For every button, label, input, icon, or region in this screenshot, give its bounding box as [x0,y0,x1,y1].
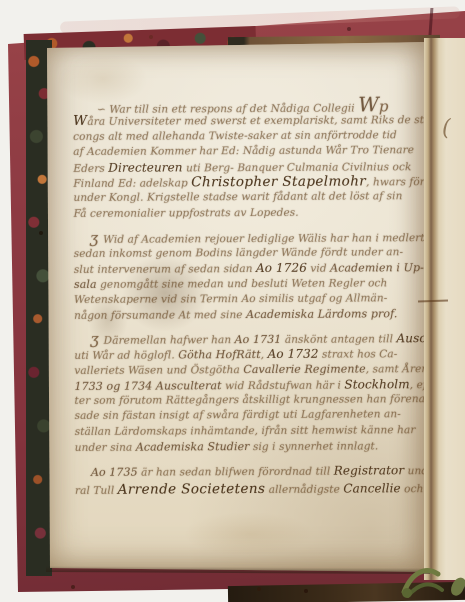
manuscript-word-segment: sig i synnerhet innlagt. [249,441,378,454]
manuscript-word-segment: Stockholm [344,377,409,391]
manuscript-line: någon försumande At med sine Academiska … [74,306,428,323]
manuscript-word-segment: ral Tull [75,485,118,497]
manuscript-word-segment: ʒ [90,330,104,348]
foxing-stain [184,512,314,556]
photo-background: ∽ War till sin ett respons af det Nådiga… [0,0,465,602]
manuscript-word-segment: W [73,113,87,129]
manuscript-line: congs alt med allehanda Twiste-saker at … [73,128,427,145]
manuscript-word-segment: någon försumande At med sine [74,309,246,322]
manuscript-word-segment: och [401,483,427,495]
manuscript-line: under Kongl. Krigstelle stadse warit fåd… [73,189,427,206]
manuscript-word-segment: Academien i Up- [330,261,424,274]
manuscript-line: uti Wår ad höglofl. Götha HofRätt, Ao 17… [74,346,428,363]
manuscript-line: 1733 og 1734 Ausculterat wid Rådstufwan … [74,377,428,394]
manuscript-word-segment: uti Berg- Banquer Culmania Civilnius ock [183,161,412,174]
manuscript-word-segment: åra Universiteter med swerst et exemplar… [87,114,451,128]
manuscript-word-segment: Directeuren [108,160,182,174]
manuscript-word-segment: ställan Lärdomskaps inhämtande, ifrån si… [75,424,416,438]
manuscript-word-segment: slut intervenerum af sedan sidan [74,263,256,276]
manuscript-word-segment: Cancellie [343,481,400,495]
manuscript-word-segment: af Academien Kommer har Ed: Nådig astund… [73,144,414,158]
manuscript-paragraph: ʒ Wid af Academien rejouer lediglige Wäl… [74,229,428,323]
manuscript-text: ∽ War till sin ett respons af det Nådiga… [73,97,429,495]
manuscript-word-segment: Ao 1731 [235,333,282,346]
manuscript-word-segment: valleriets Wäsen und Östgötha [74,364,243,377]
manuscript-paragraph: Ao 1735 är han sedan blifwen förordnad t… [75,463,429,496]
manuscript-word-segment: under Kongl. Krigstelle stadse warit fåd… [73,191,402,205]
manuscript-line: Wetenskaperne vid sin Termin Ao similis … [74,291,428,308]
manuscript-word-segment: straxt hos Ca- [319,348,398,360]
pen-mark: ( [442,116,451,141]
manuscript-word-segment: är han sedan blifwen förordnad till [138,465,334,478]
manuscript-line: ʒ Däremellan hafwer han Ao 1731 änskönt … [74,331,428,348]
manuscript-line: under sina Academiska Studier sig i synn… [75,438,429,455]
manuscript-line: sedan inkomst genom Bodins längder Wände… [74,245,428,262]
manuscript-line: Ao 1735 är han sedan blifwen förordnad t… [75,463,429,480]
manuscript-word-segment: sade sin fästan insigt af swåra färdigt … [75,409,401,423]
manuscript-word-segment: Wetenskaperne vid sin Termin Ao similis … [74,292,387,306]
manuscript-word-segment: wid Rådstufwan här i [222,379,345,392]
manuscript-word-segment: Ao 1735 [91,465,138,478]
manuscript-word-segment: Cavallerie Regimente [243,363,365,377]
manuscript-word-segment: sala [74,278,97,291]
manuscript-page: ∽ War till sin ett respons af det Nådiga… [44,42,428,572]
manuscript-word-segment: Ao 1732 [268,347,319,361]
manuscript-word-segment: Ao 1726 [256,261,307,275]
manuscript-line: slut intervenerum af sedan sidan Ao 1726… [74,260,428,277]
manuscript-word-segment: , samt Åren [366,363,429,375]
manuscript-line: Få ceremonialier uppfostrats av Lopedes. [74,205,428,222]
manuscript-word-segment: Christopher Stapelmohr [191,173,366,190]
manuscript-line: sala genomgått sine medan und besluti We… [74,275,428,292]
manuscript-word-segment: änskönt antagen till [281,334,396,347]
manuscript-line: ral Tull Arrende Societetens allernådigs… [75,478,429,495]
manuscript-word-segment: vid [307,262,330,274]
manuscript-line: ter som förutom Rättegångers åtskilligt … [75,392,429,409]
manuscript-line: ʒ Wid af Academien rejouer lediglige Wäl… [74,229,428,246]
manuscript-word-segment: uti Wår ad höglofl. [74,349,178,362]
manuscript-line: valleriets Wäsen und Östgötha Cavallerie… [74,361,428,378]
manuscript-word-segment: Få ceremonialier uppfostrats av Lopedes. [74,206,299,219]
manuscript-word-segment: congs alt med allehanda Twiste-saker at … [73,129,397,143]
manuscript-word-segment: Academiska Studier [136,440,250,454]
manuscript-word-segment: ter som förutom Rättegångers åtskilligt … [75,393,439,407]
crease-ink-dash [418,299,448,302]
manuscript-paragraph: ʒ Däremellan hafwer han Ao 1731 änskönt … [74,331,429,456]
manuscript-word-segment: Götha HofRätt [178,348,261,361]
dirt-speckles [0,0,2,2]
manuscript-word-segment: 1733 og 1734 Ausculterat [74,379,221,393]
manuscript-paragraph: ∽ War till sin ett respons af det Nådiga… [73,97,428,222]
manuscript-word-segment: sedan inkomst genom Bodins längder Wände… [74,246,403,260]
manuscript-line: ∽ War till sin ett respons af det Nådiga… [73,97,427,114]
manuscript-line: ställan Lärdomskaps inhämtande, ifrån si… [75,423,429,440]
manuscript-word-segment: ʒ [90,229,104,247]
manuscript-line: Wåra Universiteter med swerst et exempla… [73,112,427,129]
manuscript-word-segment: Registrator [334,463,404,477]
manuscript-word-segment: Finland Ed: adelskap [73,177,191,190]
manuscript-word-segment: under sina [75,442,136,454]
manuscript-line: Finland Ed: adelskap Christopher Stapelm… [73,174,427,191]
manuscript-word-segment: genomgått sine medan und besluti Weten R… [97,278,388,292]
corner-stain [58,54,148,104]
next-page-edge: ( [424,38,465,580]
manuscript-word-segment: Eders [73,162,108,174]
manuscript-line: sade sin fästan insigt af swåra färdigt … [75,407,429,424]
manuscript-line: af Academien Kommer har Ed: Nådig astund… [73,143,427,160]
manuscript-word-segment: Däremellan hafwer han [104,335,235,348]
manuscript-word-segment: allernådigste [265,484,343,496]
binding-tie-icon [396,560,446,602]
manuscript-word-segment: Wid af Academien rejouer lediglige Wälis… [103,232,435,246]
manuscript-word-segment: Arrende Societetens [118,481,266,498]
manuscript-word-segment: Academiska Lärdoms prof. [246,307,397,321]
